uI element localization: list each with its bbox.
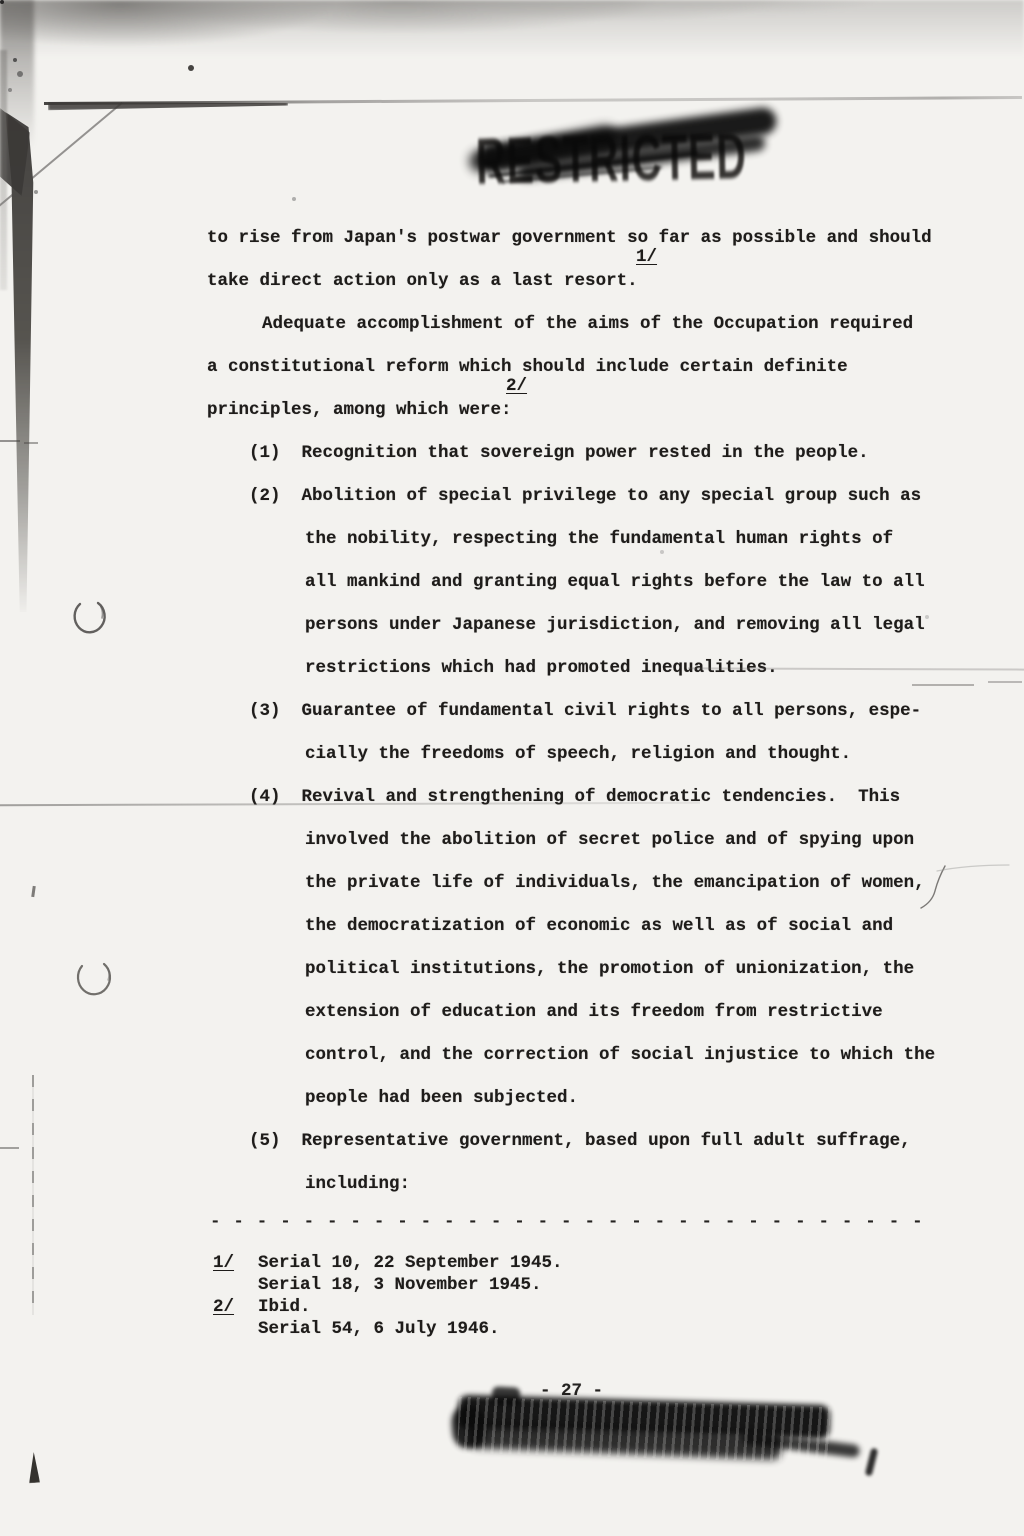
footnote-text: Serial 54, 6 July 1946. [258,1319,500,1339]
pencil-slash-mark [912,852,1012,922]
list-item-line: extension of education and its freedom f… [305,1002,883,1022]
footnote-superscript-2: 2/ [506,376,527,396]
footnote-text: Serial 18, 3 November 1945. [258,1275,542,1295]
list-item-line: involved the abolition of secret police … [305,830,914,850]
footnote-marker: 1/ [213,1253,234,1273]
text-line: principles, among which were: [207,400,512,420]
faint-vertical-line [32,1075,34,1315]
cancelled-classification-stamp: RESTRICTED [471,107,783,213]
text-line: Adequate accomplishment of the aims of t… [262,314,913,334]
text-line: take direct action only as a last resort… [207,271,638,291]
left-edge-strip [0,50,7,290]
list-item-line: control, and the correction of social in… [305,1045,935,1065]
list-item-line: (4) Revival and strengthening of democra… [249,787,900,807]
list-item-line: (2) Abolition of special privilege to an… [249,486,921,506]
scanned-document-page: RESTRICTED to rise from Japan's postwar … [0,0,1024,1536]
bottom-ink-smudge-nub [492,1386,521,1405]
margin-tick-mark [31,886,36,897]
list-item-line: all mankind and granting equal rights be… [305,572,925,592]
footnote-text: Serial 10, 22 September 1945. [258,1253,563,1273]
footnote-superscript-1: 1/ [636,247,657,267]
list-item-line: cially the freedoms of speech, religion … [305,744,851,764]
list-item-line: (1) Recognition that sovereign power res… [249,443,869,463]
scan-smudge-top [0,0,1024,80]
list-item-line: people had been subjected. [305,1088,578,1108]
footnote-separator: - - - - - - - - - - - - - - - - - - - - … [210,1212,924,1232]
list-item-line: the nobility, respecting the fundamental… [305,529,893,549]
margin-circle-mark [72,958,120,1004]
list-item-line: persons under Japanese jurisdiction, and… [305,615,925,635]
list-item-line: (5) Representative government, based upo… [249,1131,911,1151]
bottom-left-mark [27,1452,40,1484]
list-item-line: (3) Guarantee of fundamental civil right… [249,701,921,721]
margin-dash-mark [0,1147,19,1149]
list-item-line: political institutions, the promotion of… [305,959,914,979]
margin-circle-mark [68,598,112,642]
list-item-line: the private life of individuals, the ema… [305,873,925,893]
list-item-line: the democratization of economic as well … [305,916,893,936]
footnote-text: Ibid. [258,1297,311,1317]
scan-speckles [0,0,4,4]
text-line: a constitutional reform which should inc… [207,357,848,377]
crease-dash [912,684,974,686]
footnote-marker: 2/ [213,1297,234,1317]
text-line: to rise from Japan's postwar government … [207,228,932,248]
list-item-line: including: [305,1174,410,1194]
crease-dash [988,681,1022,683]
list-item-line: restrictions which had promoted inequali… [305,658,778,678]
bottom-ink-smudge-hook [865,1448,879,1477]
